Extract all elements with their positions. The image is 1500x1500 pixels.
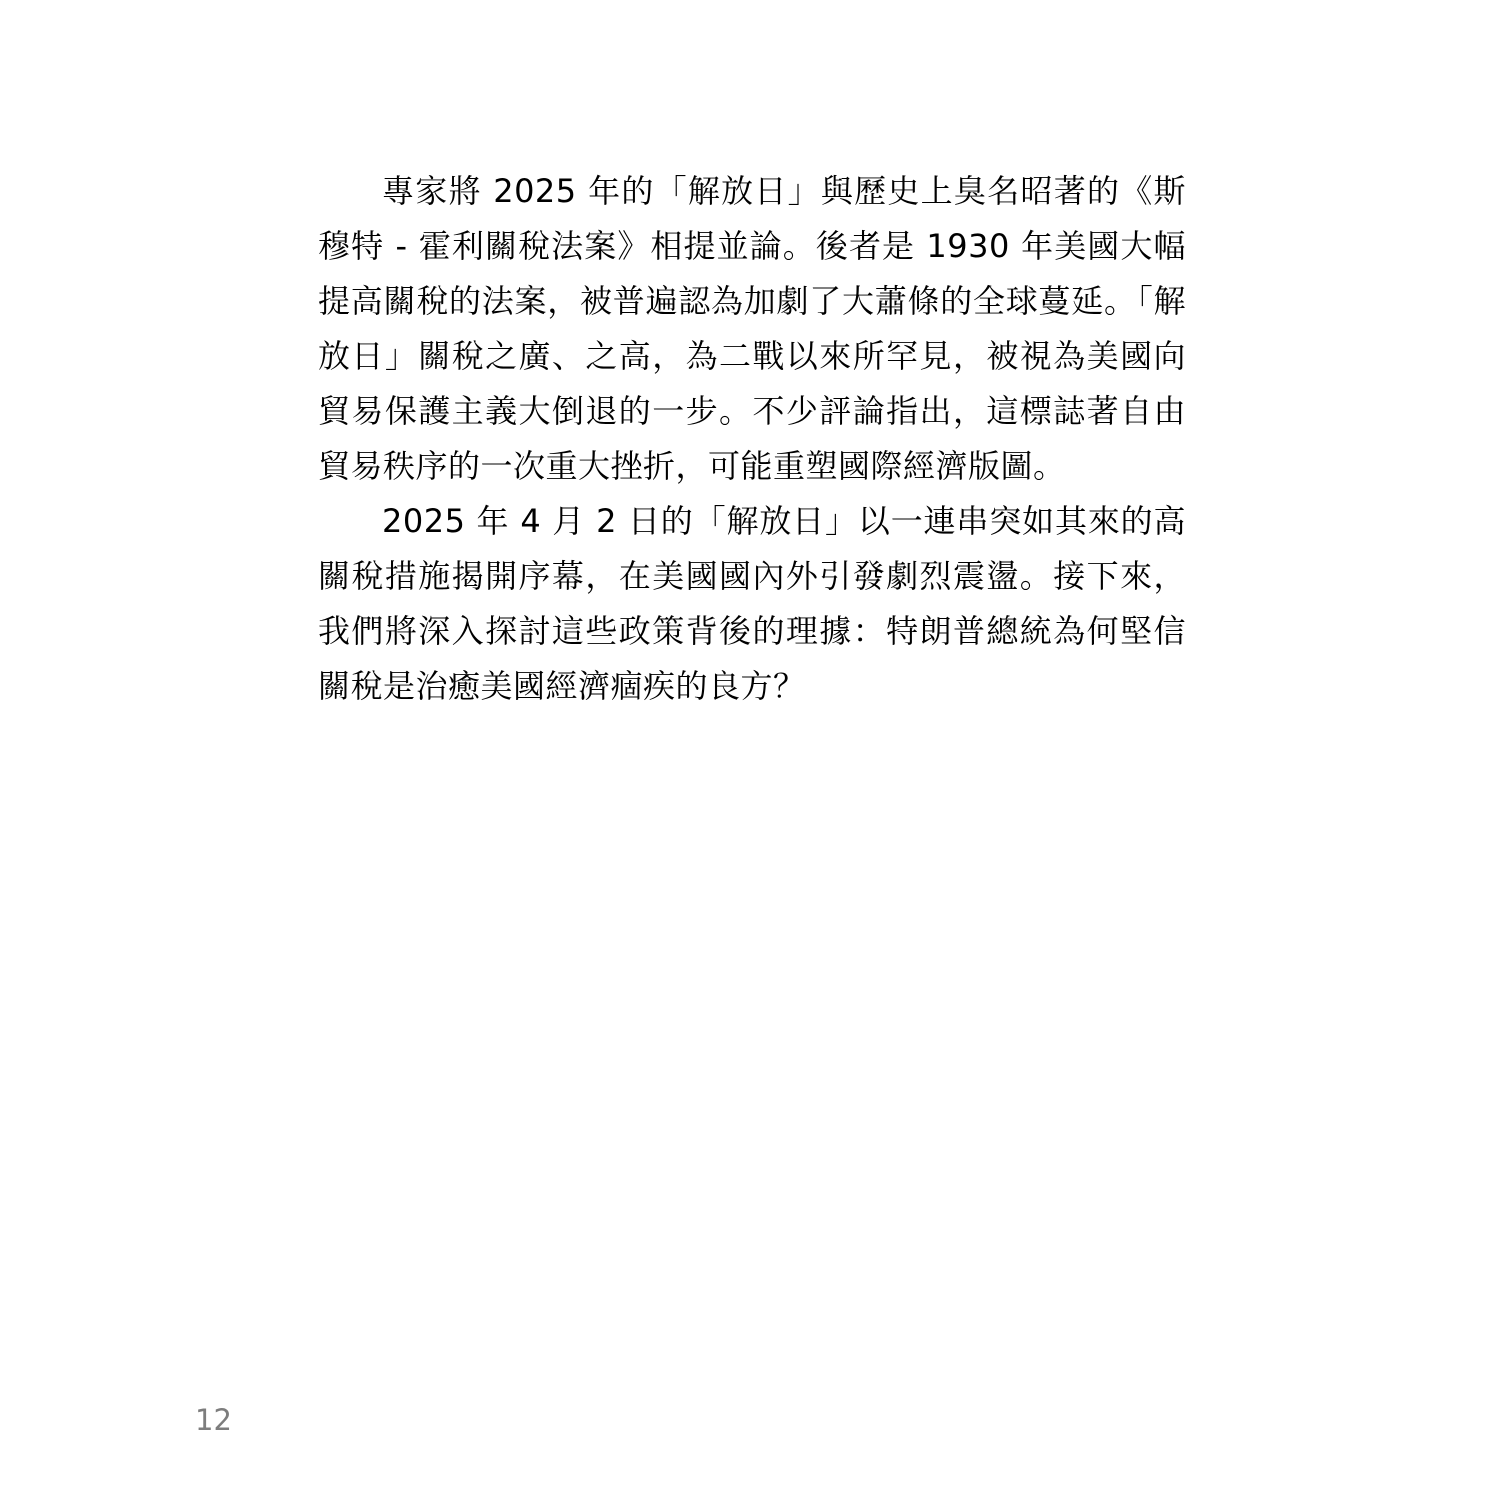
document-page: 專家將 2025 年的「解放日」與歷史上臭名昭著的《斯穆特 - 霍利關稅法案》相…	[0, 0, 1500, 1500]
text-block: 專家將 2025 年的「解放日」與歷史上臭名昭著的《斯穆特 - 霍利關稅法案》相…	[318, 164, 1186, 714]
paragraph-2: 2025 年 4 月 2 日的「解放日」以一連串突如其來的高關稅措施揭開序幕，在…	[318, 494, 1186, 714]
paragraph-1: 專家將 2025 年的「解放日」與歷史上臭名昭著的《斯穆特 - 霍利關稅法案》相…	[318, 164, 1186, 494]
page-number: 12	[195, 1406, 232, 1435]
